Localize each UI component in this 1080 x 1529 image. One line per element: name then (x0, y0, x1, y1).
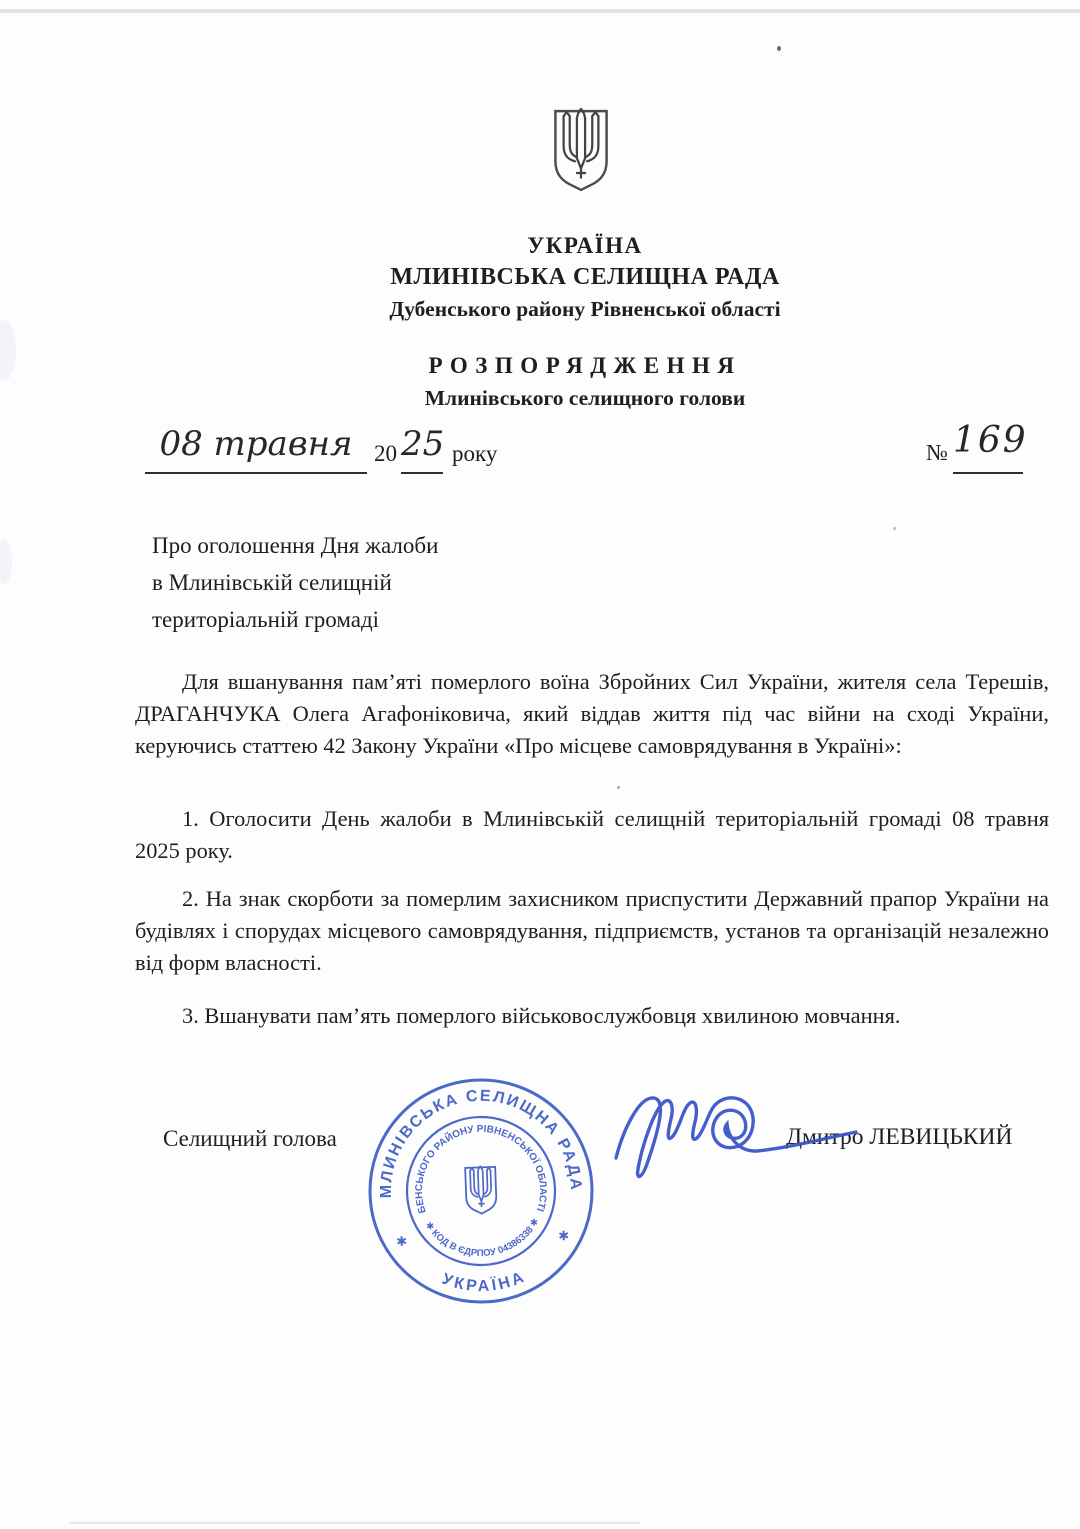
subject-line: територіальній громаді (152, 601, 438, 638)
ink-speck (893, 527, 896, 530)
scanned-decree-page: УКРАЇНА МЛИНІВСЬКА СЕЛИЩНА РАДА Дубенськ… (0, 0, 1080, 1529)
handwritten-number: 169 (953, 420, 1023, 474)
year-suffix: року (452, 441, 497, 467)
scan-edge-artifact-bottom (70, 1522, 640, 1524)
order-item-3: 3. Вшанувати пам’ять померлого військово… (135, 1000, 1049, 1032)
stamp-coat-of-arms-icon (465, 1166, 497, 1214)
stamp-left-star: ✱ (396, 1234, 407, 1249)
subject-block: Про оголошення Дня жалоби в Млинівській … (152, 527, 438, 638)
doc-type-title: РОЗПОРЯДЖЕННЯ (90, 353, 1080, 379)
stamp-inner-bottom-text: ✱ КОД В ЄДРПОУ 04386338 ✱ (423, 1216, 543, 1261)
subject-line: Про оголошення Дня жалоби (152, 527, 438, 564)
body-text: Для вшанування пам’яті померлого воїна З… (135, 666, 1049, 1032)
ink-speck (777, 46, 781, 51)
position-title: Селищний голова (163, 1126, 337, 1152)
stamp-outer-top-text: МЛИНІВСЬКА СЕЛИЩНА РАДА (374, 1084, 584, 1199)
scan-smudge (0, 540, 12, 584)
handwritten-date: 08 травня (145, 424, 367, 474)
numero-sign: № (926, 440, 948, 466)
order-item-1: 1. Оголосити День жалоби в Млинівській с… (135, 803, 1049, 867)
official-stamp: МЛИНІВСЬКА СЕЛИЩНА РАДА УКРАЇНА ДУБЕНСЬК… (358, 1068, 604, 1314)
year-prefix: 20 (374, 441, 397, 467)
subject-line: в Млинівській селищній (152, 564, 438, 601)
document-header: УКРАЇНА МЛИНІВСЬКА СЕЛИЩНА РАДА Дубенськ… (90, 233, 1080, 411)
scan-smudge (0, 320, 16, 380)
handwritten-year: 25 (401, 424, 443, 474)
stamp-right-star: ✱ (558, 1228, 569, 1243)
signature-ink (594, 1078, 884, 1203)
scan-edge-artifact-top (0, 9, 1080, 13)
header-council-name: МЛИНІВСЬКА СЕЛИЩНА РАДА (90, 264, 1080, 291)
header-country: УКРАЇНА (90, 233, 1080, 259)
stamp-outer-bottom-text: УКРАЇНА (439, 1268, 529, 1297)
doc-subtitle: Млинівського селищного голови (90, 386, 1080, 411)
body-intro-paragraph: Для вшанування пам’яті померлого воїна З… (135, 666, 1049, 762)
order-item-2: 2. На знак скорботи за померлим захисник… (135, 883, 1049, 979)
header-district: Дубенського району Рівненської області (90, 297, 1080, 322)
coat-of-arms-icon (549, 107, 613, 193)
